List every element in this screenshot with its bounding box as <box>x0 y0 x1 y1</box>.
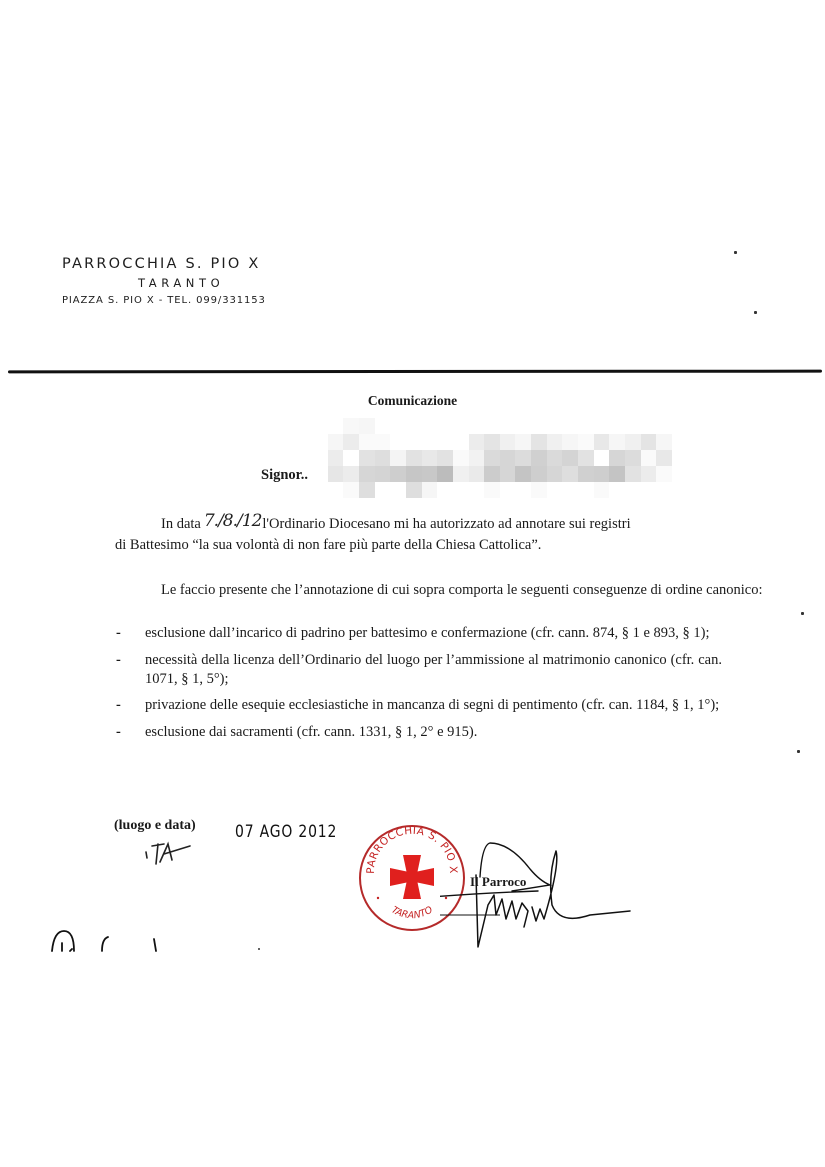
authorization-quote: di Battesimo “la sua volontà di non fare… <box>115 535 722 556</box>
bullet-dash: - <box>116 624 121 643</box>
list-item: -esclusione dall’incarico di padrino per… <box>115 624 722 643</box>
scan-speck <box>801 612 804 615</box>
salutation: Signor.. <box>261 467 308 484</box>
authorization-paragraph: In data7./8./12l'Ordinario Diocesano mi … <box>115 513 722 556</box>
date-prefix: In data <box>161 516 201 532</box>
document-title: Comunicazione <box>0 393 825 409</box>
authorization-text: l'Ordinario Diocesano mi ha autorizzato … <box>262 516 630 532</box>
parish-city: TARANTO <box>138 276 266 290</box>
redacted-recipient-name <box>312 418 672 498</box>
scanned-letter: PARROCCHIA S. PIO X TARANTO PIAZZA S. PI… <box>0 0 825 1167</box>
parish-address: PIAZZA S. PIO X - TEL. 099/331153 <box>62 295 266 306</box>
letterhead: PARROCCHIA S. PIO X TARANTO PIAZZA S. PI… <box>62 256 266 306</box>
scan-speck <box>258 948 260 950</box>
svg-text:TARANTO: TARANTO <box>389 904 435 921</box>
list-item: -privazione delle esequie ecclesiastiche… <box>115 696 722 715</box>
place-date-label: (luogo e data) <box>114 818 196 834</box>
bullet-dash: - <box>116 696 121 715</box>
parish-priest-signature <box>440 835 640 955</box>
list-item: -esclusione dai sacramenti (cfr. cann. 1… <box>115 723 722 742</box>
scan-speck <box>734 251 737 254</box>
parish-name: PARROCCHIA S. PIO X <box>62 256 266 272</box>
handwritten-date: 7./8./12 <box>204 511 262 532</box>
bullet-dash: - <box>116 723 121 742</box>
bullet-dash: - <box>116 651 121 670</box>
cross-pattee-icon <box>390 855 434 899</box>
consequences-list: -esclusione dall’incarico di padrino per… <box>115 624 722 749</box>
consequences-intro: Le faccio presente che l’annotazione di … <box>115 580 768 601</box>
scan-speck <box>797 750 800 753</box>
date-stamp: 07 AGO 2012 <box>235 822 337 842</box>
list-item: -necessità della licenza dell’Ordinario … <box>115 651 722 689</box>
handwritten-place-initials <box>142 838 194 868</box>
header-divider <box>8 370 822 374</box>
scan-speck <box>754 311 757 314</box>
partial-handwriting-scribble <box>48 925 168 955</box>
